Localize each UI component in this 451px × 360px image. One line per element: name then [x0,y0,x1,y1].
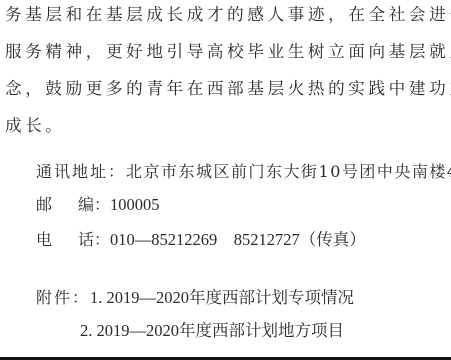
address-label: 通讯地址： [36,162,126,182]
body-line-4: 成长。 [5,116,66,136]
phone-value: 010—85212269 85212727（传真） [110,230,366,249]
phone-label: 电 话 [36,230,94,250]
postcode-label: 邮 编 [36,195,94,215]
attachment-1: 附件：1. 2019—2020年度西部计划专项情况 [36,288,354,308]
attachment-2-text: 2. 2019—2020年度西部计划地方项目 [80,321,344,340]
contact-phone: 电 话：010—85212269 85212727（传真） [36,230,366,250]
attachment-1-text: 1. 2019—2020年度西部计划专项情况 [90,288,354,307]
attachment-2: 2. 2019—2020年度西部计划地方项目 [80,321,344,341]
attachments-label: 附件： [36,288,90,307]
contact-postcode: 邮 编：100005 [36,195,160,215]
body-line-3: 念，鼓励更多的青年在西部基层火热的实践中建功立业，锻炼 [5,79,451,99]
address-value: 北京市东城区前门东大街10号团中央南楼407室 [126,162,451,181]
body-line-2: 服务精神，更好地引导高校毕业生树立面向基层就业创业的观 [5,42,451,62]
postcode-colon: ： [94,195,110,214]
phone-colon: ： [94,230,110,249]
postcode-value: 100005 [110,195,160,214]
body-line-1: 务基层和在基层成长成才的感人事迹，在全社会进一步弘扬志愿 [5,5,451,25]
contact-address: 通讯地址：北京市东城区前门东大街10号团中央南楼407室 [36,162,451,182]
